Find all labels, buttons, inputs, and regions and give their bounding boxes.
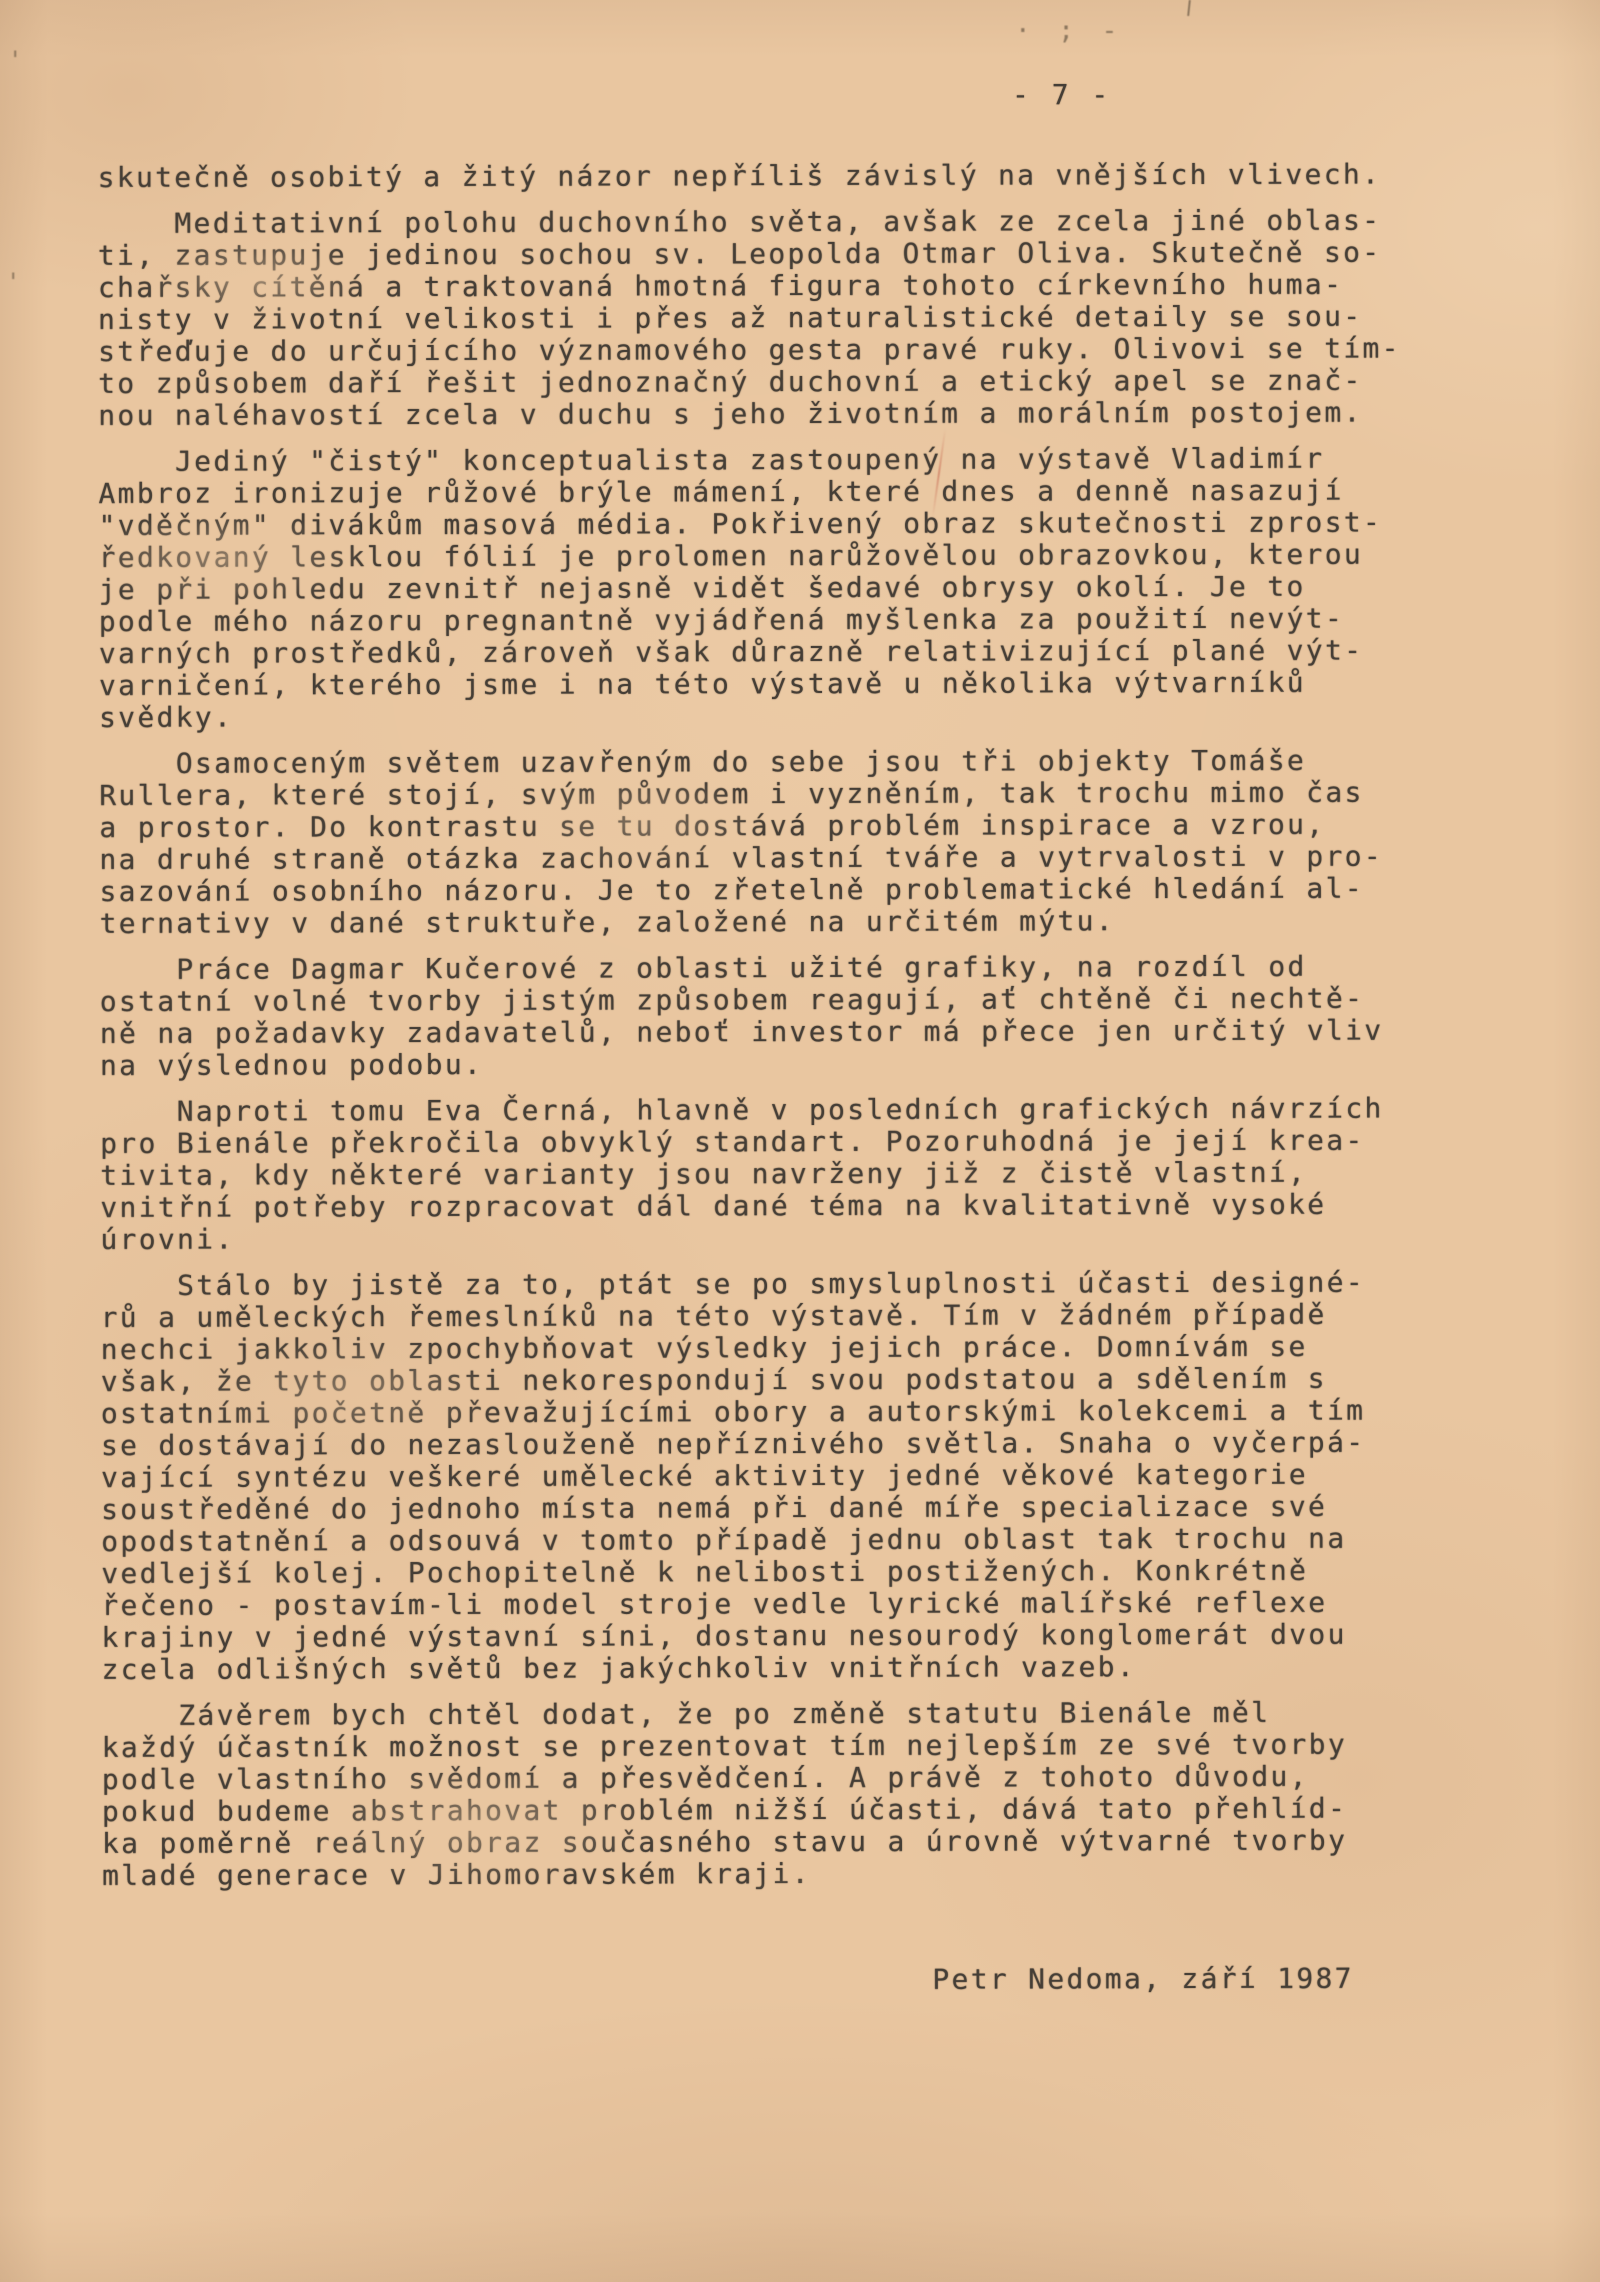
paragraph: skutečně osobitý a žitý názor nepříliš z… xyxy=(98,158,1518,194)
page-number: - 7 - xyxy=(1012,78,1111,111)
paragraph: Naproti tomu Eva Černá, hlavně v posledn… xyxy=(100,1092,1520,1256)
margin-speck: ' xyxy=(6,268,20,296)
paragraph: Meditativní polohu duchovního světa, avš… xyxy=(98,204,1519,432)
paragraph: Závěrem bych chtěl dodat, že po změně st… xyxy=(102,1696,1522,1892)
edge-tick-mark xyxy=(1187,0,1191,16)
author-signature: Petr Nedoma, září 1987 xyxy=(932,1962,1522,1996)
scanned-page: · ; - ' ' - 7 - skutečně osobitý a žitý … xyxy=(0,0,1600,2282)
margin-speck: ' xyxy=(8,46,22,74)
paragraph: Stálo by jistě za to, ptát se po smyslup… xyxy=(100,1266,1521,1686)
paragraph: Práce Dagmar Kučerové z oblasti užité gr… xyxy=(100,950,1520,1082)
paragraph: Jediný "čistý" konceptualista zastoupený… xyxy=(98,442,1519,734)
paragraph: Osamoceným světem uzavřeným do sebe jsou… xyxy=(99,744,1519,940)
smudge-mark: · ; - xyxy=(1015,16,1123,46)
document-body: skutečně osobitý a žitý názor nepříliš z… xyxy=(98,158,1523,1998)
